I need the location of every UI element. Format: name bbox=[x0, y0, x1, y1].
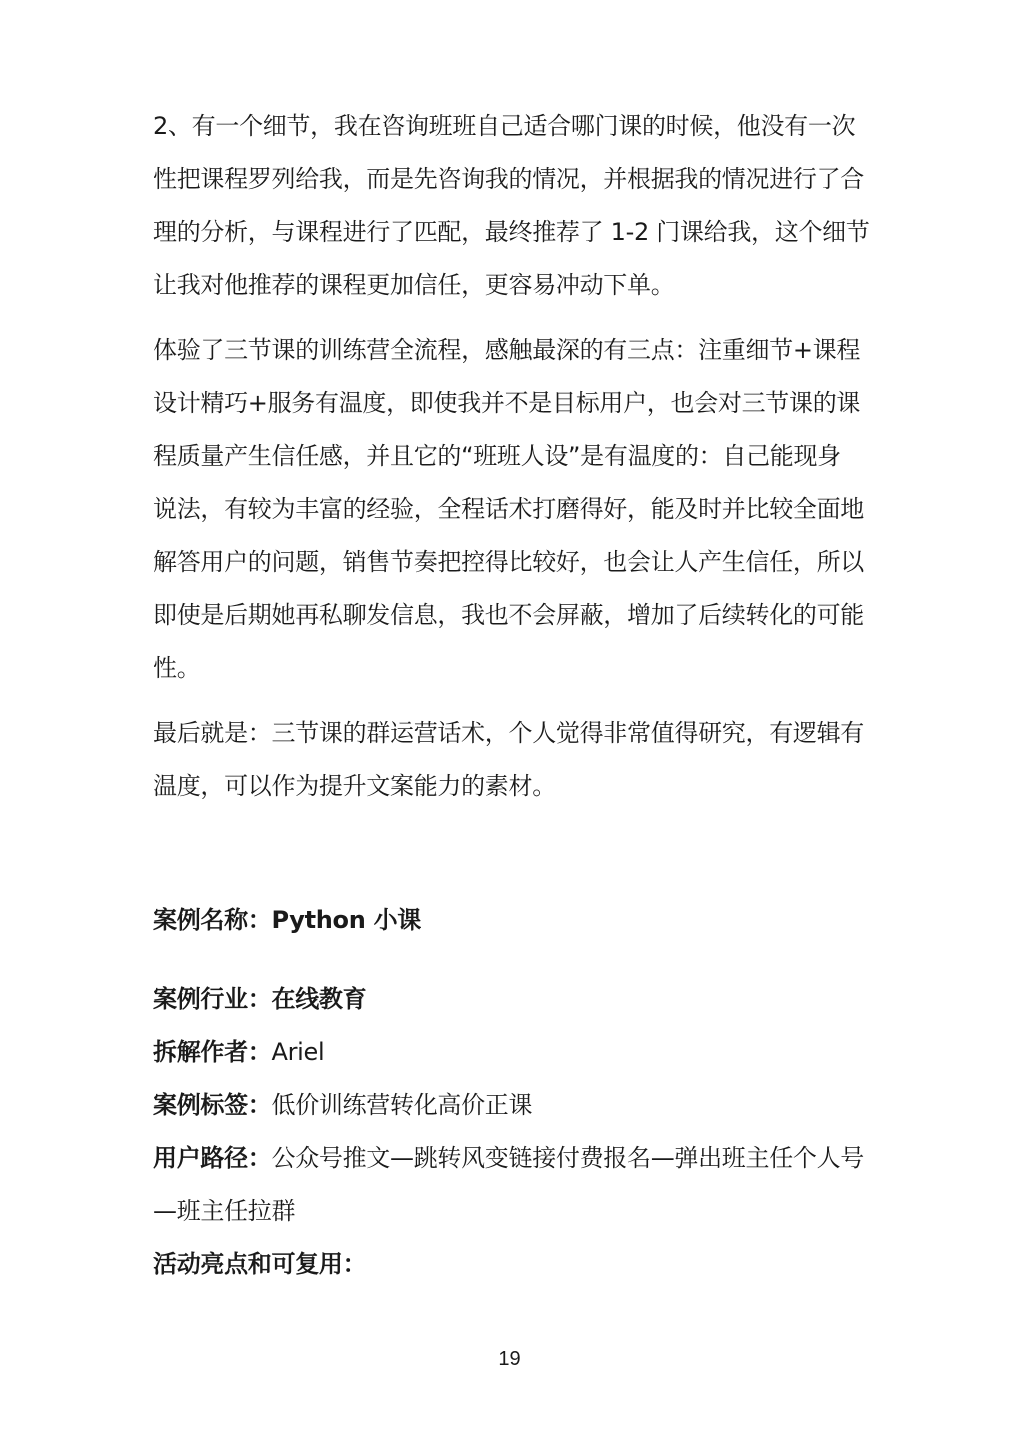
case-tags-label: 案例标签： bbox=[153, 1091, 272, 1119]
text-line: 温度，可以作为提升文案能力的素材。 bbox=[153, 760, 865, 813]
case-industry-value: 在线教育 bbox=[272, 985, 367, 1013]
text-line: 说法，有较为丰富的经验，全程话术打磨得好，能及时并比较全面地 bbox=[153, 483, 865, 536]
text-line: 即使是后期她再私聊发信息，我也不会屏蔽，增加了后续转化的可能 bbox=[153, 589, 865, 642]
text-line: 设计精巧+服务有温度，即使我并不是目标用户，也会对三节课的课 bbox=[153, 377, 865, 430]
case-info-block: 案例行业：在线教育 拆解作者：Ariel 案例标签：低价训练营转化高价正课 用户… bbox=[153, 973, 865, 1291]
case-tags-value: 低价训练营转化高价正课 bbox=[272, 1091, 533, 1119]
case-info-name: 案例名称：Python 小课 bbox=[153, 894, 865, 947]
text-line: 性。 bbox=[153, 642, 865, 695]
case-user-path-continuation: —班主任拉群 bbox=[153, 1185, 865, 1238]
text-line: 性把课程罗列给我，而是先咨询我的情况，并根据我的情况进行了合 bbox=[153, 153, 865, 206]
case-author-value: Ariel bbox=[272, 1038, 325, 1066]
case-user-path-row: 用户路径：公众号推文—跳转风变链接付费报名—弹出班主任个人号 bbox=[153, 1132, 865, 1185]
case-user-path-value: 公众号推文—跳转风变链接付费报名—弹出班主任个人号 bbox=[272, 1144, 865, 1172]
paragraph-conclusion: 最后就是：三节课的群运营话术，个人觉得非常值得研究，有逻辑有 温度，可以作为提升… bbox=[153, 707, 865, 813]
case-author-row: 拆解作者：Ariel bbox=[153, 1026, 865, 1079]
text-line: 解答用户的问题，销售节奏把控得比较好，也会让人产生信任，所以 bbox=[153, 536, 865, 589]
case-author-label: 拆解作者： bbox=[153, 1038, 272, 1066]
page-number: 19 bbox=[0, 1348, 1019, 1371]
case-user-path-label: 用户路径： bbox=[153, 1144, 272, 1172]
case-tags-row: 案例标签：低价训练营转化高价正课 bbox=[153, 1079, 865, 1132]
text-line: 理的分析，与课程进行了匹配，最终推荐了 1-2 门课给我，这个细节 bbox=[153, 206, 865, 259]
text-line: 体验了三节课的训练营全流程，感触最深的有三点：注重细节+课程 bbox=[153, 324, 865, 377]
case-highlights-row: 活动亮点和可复用： bbox=[153, 1238, 865, 1291]
case-name-label: 案例名称： bbox=[153, 906, 272, 934]
paragraph-detail: 2、有一个细节，我在咨询班班自己适合哪门课的时候，他没有一次 性把课程罗列给我，… bbox=[153, 100, 865, 312]
text-line: 让我对他推荐的课程更加信任，更容易冲动下单。 bbox=[153, 259, 865, 312]
document-body: 2、有一个细节，我在咨询班班自己适合哪门课的时候，他没有一次 性把课程罗列给我，… bbox=[153, 100, 865, 825]
text-line: 最后就是：三节课的群运营话术，个人觉得非常值得研究，有逻辑有 bbox=[153, 707, 865, 760]
case-highlights-label: 活动亮点和可复用： bbox=[153, 1250, 366, 1278]
paragraph-experience: 体验了三节课的训练营全流程，感触最深的有三点：注重细节+课程 设计精巧+服务有温… bbox=[153, 324, 865, 695]
case-industry-label: 案例行业： bbox=[153, 985, 272, 1013]
text-line: 程质量产生信任感，并且它的“班班人设”是有温度的：自己能现身 bbox=[153, 430, 865, 483]
case-name-value: Python 小课 bbox=[272, 906, 421, 934]
case-industry-row: 案例行业：在线教育 bbox=[153, 973, 865, 1026]
text-line: 2、有一个细节，我在咨询班班自己适合哪门课的时候，他没有一次 bbox=[153, 100, 865, 153]
case-user-path-value-cont: —班主任拉群 bbox=[153, 1197, 295, 1225]
